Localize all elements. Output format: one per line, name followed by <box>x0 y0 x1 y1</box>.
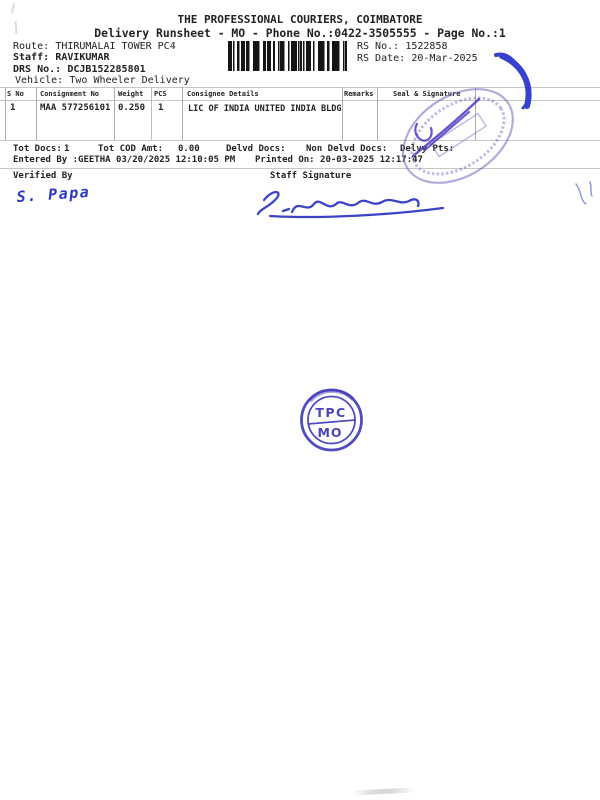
rs-date-label: RS Date: <box>357 53 405 64</box>
page-title: THE PROFESSIONAL COURIERS, COIMBATORE <box>0 13 600 26</box>
col-header-weight: Weight <box>118 90 143 98</box>
verified-by-signature: S. Papa <box>16 183 91 206</box>
page-subtitle: Delivery Runsheet - MO - Phone No.:0422-… <box>0 26 600 40</box>
route-label: Route: <box>13 41 49 52</box>
staff-label: Staff: <box>13 52 49 63</box>
col-header-consignee: Consignee Details <box>187 90 259 98</box>
rs-date-line: RS Date:20-Mar-2025 <box>357 53 478 64</box>
drs-line: DRS No.:DCJB152285801 <box>13 64 146 75</box>
cell-consignment-no: MAA 577256101 <box>40 103 110 113</box>
route-line: Route:THIRUMALAI TOWER PC4 <box>13 41 176 52</box>
vehicle-value: Two Wheeler Delivery <box>69 75 189 86</box>
route-value: THIRUMALAI TOWER PC4 <box>55 41 175 52</box>
table-grid-line <box>36 87 37 140</box>
tot-docs-label: Tot Docs: <box>13 144 62 154</box>
non-delvd-docs-label: Non Delvd Docs: <box>306 144 387 154</box>
tpc-stamp-top-text: TPC <box>315 405 346 420</box>
cell-pcs: 1 <box>158 103 163 113</box>
vehicle-label: Vehicle: <box>15 75 63 86</box>
table-grid-line <box>377 87 378 140</box>
vehicle-line: Vehicle:Two Wheeler Delivery <box>15 75 190 86</box>
rs-date-value: 20-Mar-2025 <box>411 53 477 64</box>
cell-s-no: 1 <box>10 103 15 113</box>
drs-value: DCJB152285801 <box>67 64 145 75</box>
delvd-docs-label: Delvd Docs: <box>226 144 286 154</box>
staff-line: Staff:RAVIKUMAR <box>13 52 110 63</box>
table-grid-line <box>114 87 115 140</box>
staff-value: RAVIKUMAR <box>55 52 109 63</box>
delivery-runsheet-document: THE PROFESSIONAL COURIERS, COIMBATORE De… <box>0 0 600 800</box>
tot-cod-value: 0.00 <box>178 144 200 154</box>
table-grid-line <box>151 87 152 140</box>
pen-swoosh-mark <box>488 50 550 112</box>
col-header-remarks: Remarks <box>344 90 374 98</box>
entered-by-text: Entered By :GEETHA 03/20/2025 12:10:05 P… <box>13 155 235 165</box>
col-header-pcs: PCS <box>154 90 167 98</box>
tpc-mo-stamp: TPC MO <box>296 384 368 456</box>
table-grid-line <box>5 87 6 140</box>
tpc-stamp-bottom-text: MO <box>317 425 342 440</box>
cell-weight: 0.250 <box>118 103 145 113</box>
table-grid-line <box>182 87 183 140</box>
col-header-consignment-no: Consignment No <box>40 90 99 98</box>
rs-no-value: 1522858 <box>405 41 447 52</box>
rs-no-label: RS No.: <box>357 41 399 52</box>
rs-no-line: RS No.:1522858 <box>357 41 448 52</box>
tot-docs-value: 1 <box>64 144 69 154</box>
tot-cod-label: Tot COD Amt: <box>98 144 163 154</box>
staff-signature-label: Staff Signature <box>270 171 351 181</box>
barcode <box>228 41 347 71</box>
drs-label: DRS No.: <box>13 64 61 75</box>
table-grid-line <box>342 87 343 140</box>
cell-consignee: LIC OF INDIA UNITED INDIA BLDG <box>188 104 342 114</box>
col-header-s-no: S No <box>7 90 24 98</box>
scan-pencil-mark <box>11 3 15 13</box>
pen-scribble-mark <box>570 178 598 208</box>
scan-smudge <box>352 787 416 795</box>
verified-by-label: Verified By <box>13 171 73 181</box>
